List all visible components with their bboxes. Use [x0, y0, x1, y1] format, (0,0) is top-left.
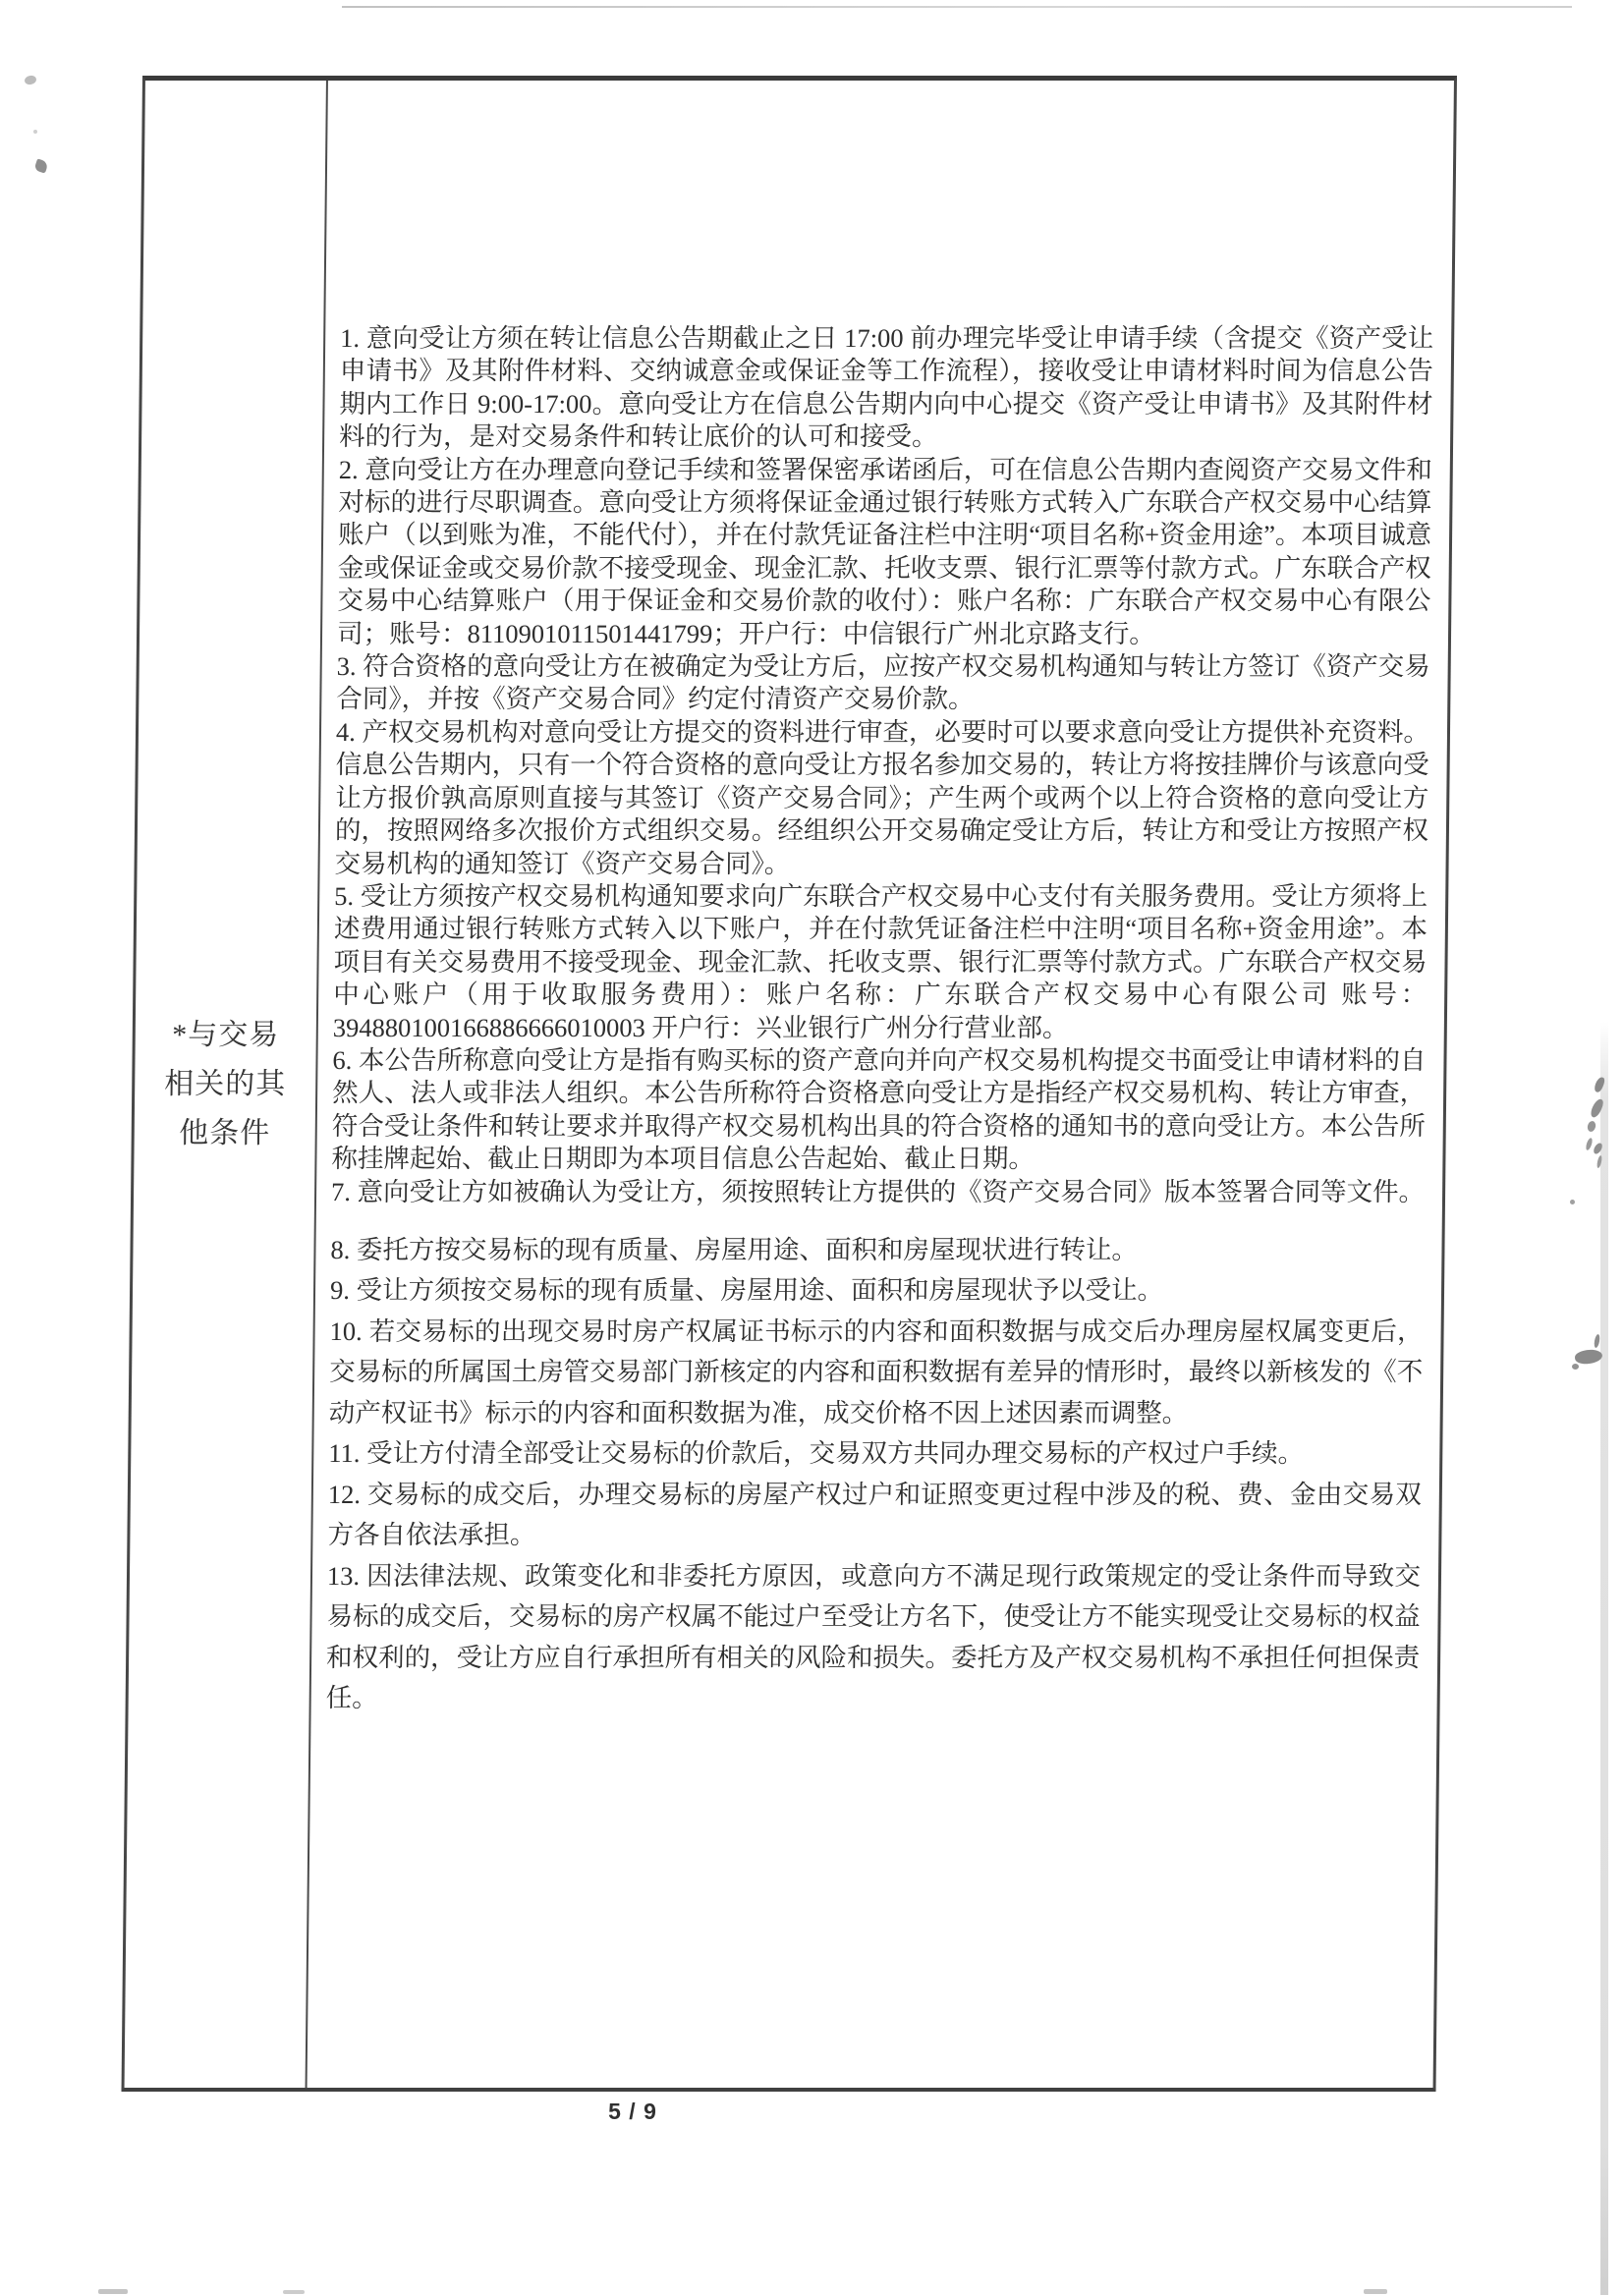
scan-artifact-ink-mark	[1587, 1120, 1597, 1133]
scan-artifact-ink-mark	[1592, 1142, 1603, 1155]
page-number: 5 / 9	[601, 2099, 664, 2125]
scan-artifact-ink-mark	[1596, 1155, 1603, 1169]
scan-artifact-bottom-smudge	[98, 2289, 128, 2294]
row-header-line: 他条件	[179, 1109, 271, 1158]
condition-paragraph: 5. 受让方须按产权交易机构通知要求向广东联合产权交易中心支付有关服务费用。受让…	[333, 880, 1428, 1044]
condition-paragraph: 13. 因法律法规、政策变化和非委托方原因，或意向方不满足现行政策规定的受让条件…	[325, 1556, 1421, 1719]
condition-paragraph: 9. 受让方须按交易标的现有质量、房屋用途、面积和房屋现状予以受让。	[330, 1270, 1424, 1312]
condition-paragraph: 10. 若交易标的出现交易时房产权属证书标示的内容和面积数据与成交后办理房屋权属…	[329, 1312, 1424, 1434]
condition-paragraph: 7. 意向受让方如被确认为受让方，须按照转让方提供的《资产交易合同》版本签署合同…	[331, 1176, 1425, 1208]
row-header-line: 相关的其	[164, 1060, 287, 1109]
scan-artifact-ink-mark	[1589, 1097, 1605, 1119]
scan-artifact-ink-mark	[1594, 1334, 1600, 1349]
scan-artifact-left-smudge	[33, 158, 48, 173]
scan-artifact-ink-dot	[1570, 1200, 1575, 1204]
scan-artifact-ink-dot	[1572, 1364, 1579, 1370]
scan-artifact-bottom-smudge	[283, 2290, 305, 2294]
scanned-document-page: *与交易 相关的其 他条件 1. 意向受让方须在转让信息公告期截止之日 17:0…	[0, 0, 1624, 2295]
condition-paragraph: 6. 本公告所称意向受让方是指有购买标的资产意向并向产权交易机构提交书面受让申请…	[331, 1044, 1426, 1176]
condition-paragraph: 8. 委托方按交易标的现有质量、房屋用途、面积和房屋现状进行转让。	[330, 1230, 1424, 1271]
scan-artifact-right-band	[1600, 1022, 1608, 2295]
scan-artifact-ink-mark	[1594, 1076, 1606, 1093]
scan-artifact-top-line	[342, 6, 1572, 8]
conditions-list: 1. 意向受让方须在转让信息公告期截止之日 17:00 前办理完毕受让申请手续（…	[308, 81, 1454, 2088]
condition-paragraph: 1. 意向受让方须在转让信息公告期截止之日 17:00 前办理完毕受让申请手续（…	[339, 322, 1433, 454]
scan-artifact-bottom-smudge	[1364, 2289, 1387, 2294]
condition-paragraph: 3. 符合资格的意向受让方在被确定为受让方后，应按产权交易机构通知与转让方签订《…	[336, 650, 1430, 716]
scan-artifact-ink-blob	[1574, 1348, 1603, 1366]
condition-paragraph: 4. 产权交易机构对意向受让方提交的资料进行审查，必要时可以要求意向受让方提供补…	[334, 716, 1429, 880]
conditions-table-row: *与交易 相关的其 他条件 1. 意向受让方须在转让信息公告期截止之日 17:0…	[122, 76, 1457, 2092]
scan-artifact-left-mark	[24, 75, 37, 85]
scan-artifact-left-dot	[33, 130, 37, 134]
scan-artifact-ink-mark	[1585, 1138, 1594, 1151]
condition-paragraph: 11. 受让方付清全部受让交易标的价款后，交易双方共同办理交易标的产权过户手续。	[328, 1433, 1422, 1475]
condition-paragraph: 2. 意向受让方在办理意向登记手续和签署保密承诺函后，可在信息公告期内查阅资产交…	[337, 454, 1432, 650]
row-header-line: *与交易	[172, 1011, 280, 1060]
row-header-other-conditions: *与交易 相关的其 他条件	[125, 81, 328, 2088]
condition-paragraph: 12. 交易标的成交后，办理交易标的房屋产权过户和证照变更过程中涉及的税、费、金…	[327, 1475, 1422, 1556]
